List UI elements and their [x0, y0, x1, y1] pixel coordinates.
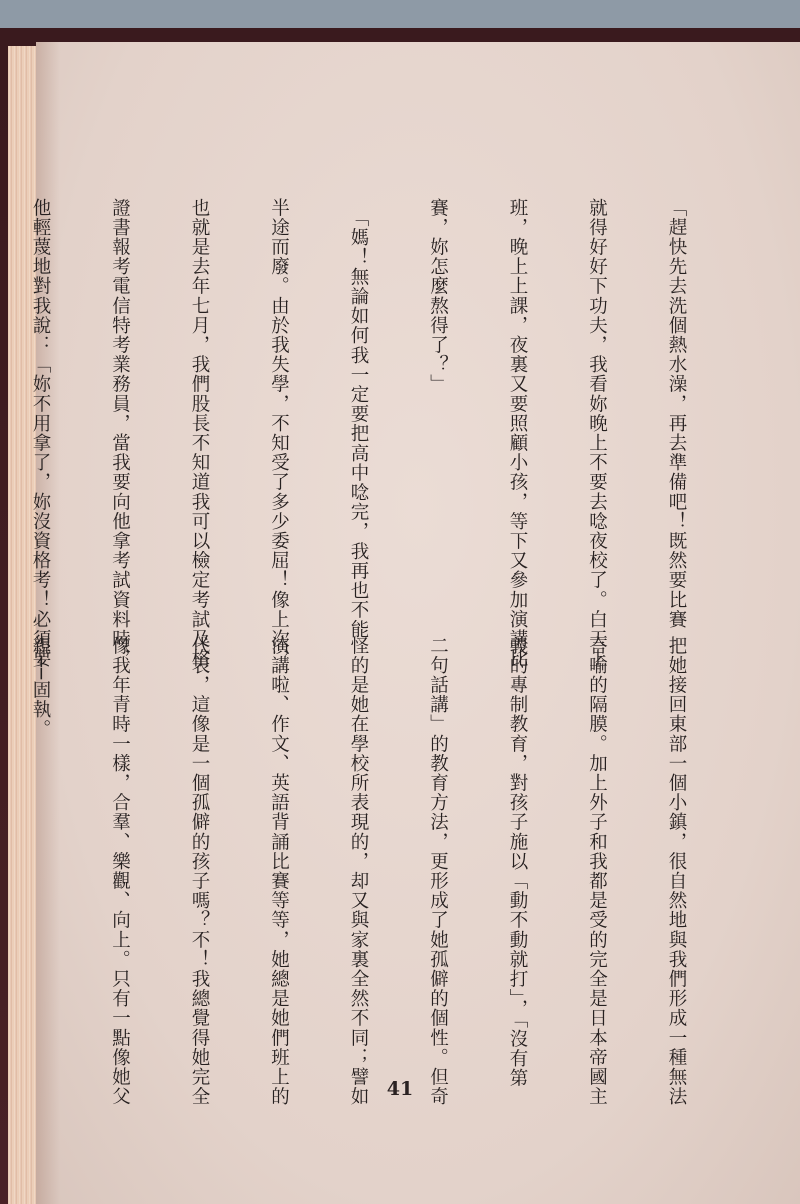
text-column: 怪的是她在學校所表現的，却又與家裏全然不同；譬如 — [345, 636, 372, 1051]
page-number: 41 — [0, 1078, 800, 1100]
text-column: 賽，妳怎麼熬得了？」 — [424, 198, 451, 613]
text-column: 二句話講」的教育方法，更形成了她孤僻的個性。但奇 — [424, 636, 451, 1051]
text-column: 「媽！無論如何我一定要把高中唸完，我再也不能 — [345, 198, 372, 613]
text-column: 「趕快先去洗個熱水澡，再去準備吧！既然要比賽 — [663, 198, 690, 613]
text-column: 就得好好下功夫，我看妳晚上不要去唸夜校了。白天上 — [583, 198, 610, 613]
text-column: 演講啦、作文、英語背誦比賽等等，她總是她們班上的 — [265, 636, 292, 1051]
text-column: 親──固執。 — [27, 636, 54, 1051]
text-column: 把她接回東部一個小鎮，很自然地與我們形成一種無法 — [663, 636, 690, 1051]
text-column: 他輕蔑地對我說：「妳不用拿了，妳沒資格考！必須要 — [27, 198, 54, 613]
text-column: 像我年青時一樣，合羣、樂觀、向上。只有一點像她父 — [106, 636, 133, 1051]
text-column: 義的專制教育，對孩子施以「動不動就打」，「沒有第 — [504, 636, 531, 1051]
text-column: 半途而廢。由於我失學，不知受了多少委屈！像上次， — [265, 198, 292, 613]
text-column: 代表，這像是一個孤僻的孩子嗎？不！我總覺得她完全 — [186, 636, 213, 1051]
text-column: 言喻的隔膜。加上外子和我都是受的完全是日本帝國主 — [583, 636, 610, 1051]
text-column: 班，晚上上課，夜裏又要照顧小孩，等下又參加演講比 — [504, 198, 531, 613]
text-column: 也就是去年七月，我們股長不知道我可以檢定考試及格 — [186, 198, 213, 613]
text-column: 證書報考電信特考業務員，當我要向他拿考試資料時， — [106, 198, 133, 613]
text-block-top: 「趕快先去洗個熱水澡，再去準備吧！既然要比賽 就得好好下功夫，我看妳晚上不要去唸… — [0, 198, 742, 613]
text-block-bottom: 把她接回東部一個小鎮，很自然地與我們形成一種無法 言喻的隔膜。加上外子和我都是受… — [0, 636, 742, 1051]
